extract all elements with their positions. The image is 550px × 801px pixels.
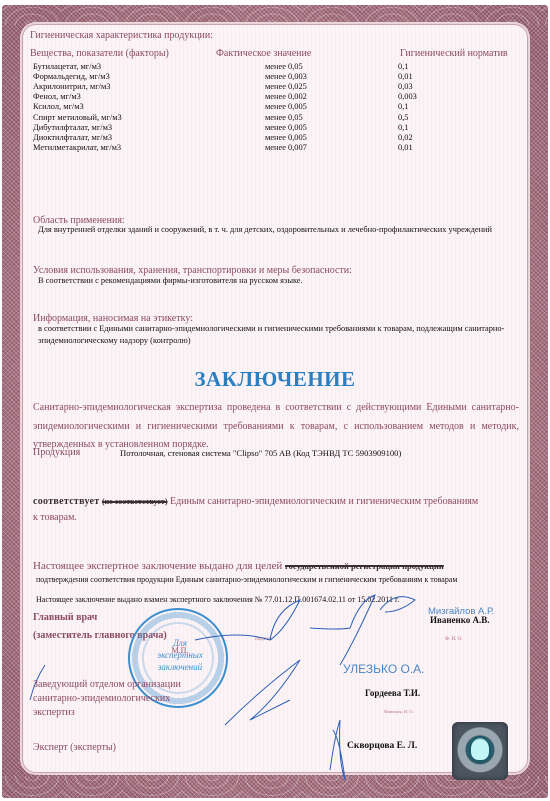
head-handwritten: УЛЕЗЬКО О.А. bbox=[343, 662, 425, 676]
head-name: Гордеева Т.И. bbox=[365, 688, 420, 698]
surname-hint: Фамилия, И. О. bbox=[384, 709, 414, 714]
head-label-2: санитарно-эпидемиологических bbox=[33, 693, 170, 704]
expert-name: Скворцова Е. Л. bbox=[347, 741, 417, 751]
certificate-page: Гигиеническая характеристика продукции: … bbox=[0, 0, 550, 801]
emblem-icon bbox=[469, 736, 491, 762]
expert-label: Эксперт (эксперты) bbox=[33, 742, 116, 753]
head-label-1: Заведующий отделом организации bbox=[33, 679, 181, 690]
hologram-seal bbox=[452, 722, 508, 780]
head-label-3: экспертиз bbox=[33, 707, 75, 718]
